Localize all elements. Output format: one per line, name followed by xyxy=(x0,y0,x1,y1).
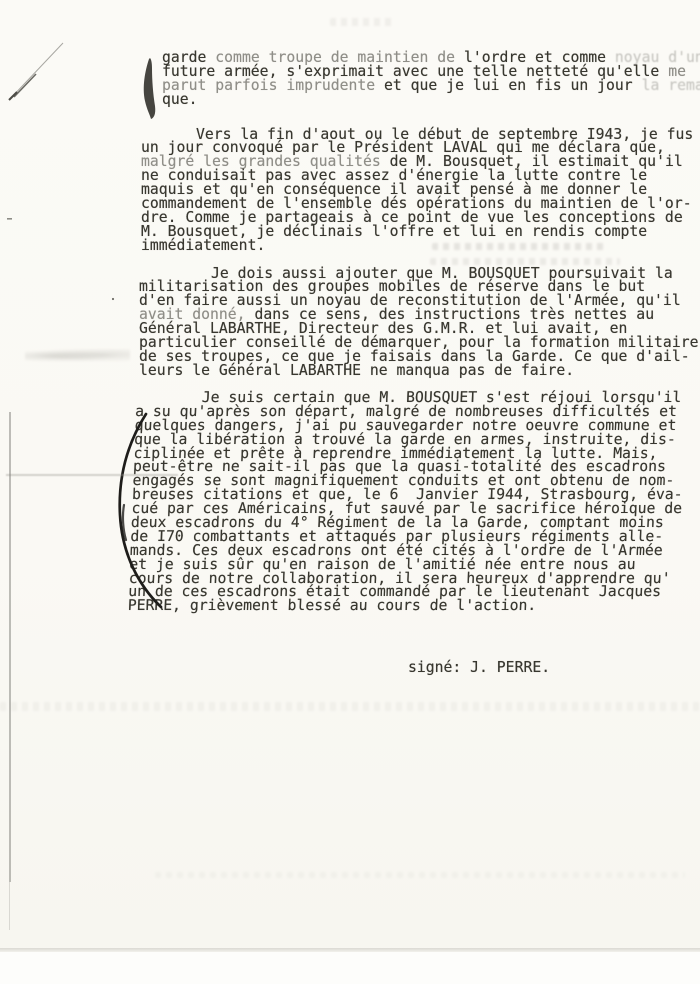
scanned-typescript-page: { "page": { "kind": "scanned typewritten… xyxy=(0,0,700,984)
signature-layer: signé: J. PERRE. xyxy=(0,0,700,675)
signature-line: signé: J. PERRE. xyxy=(408,661,700,675)
